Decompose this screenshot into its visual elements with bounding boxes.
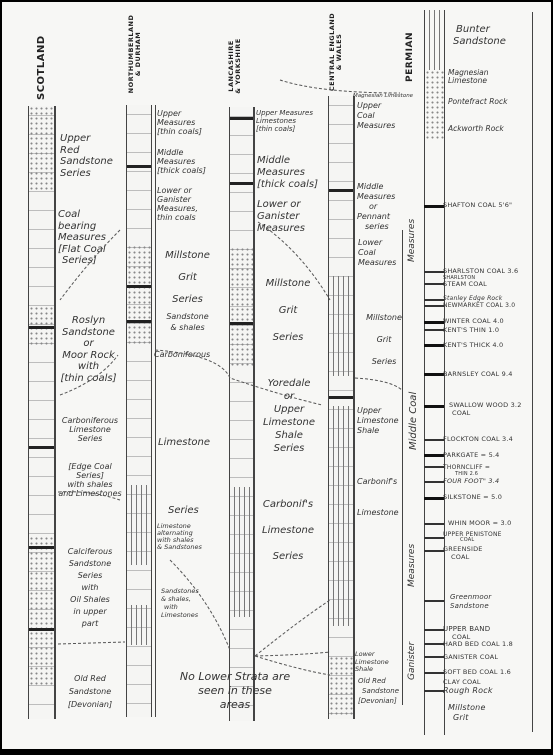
northumberland-unit-label: MiddleMeasures[thick coals] bbox=[157, 148, 206, 175]
central-england-unit-label: Magnesian Limestone bbox=[353, 93, 413, 100]
coal-seam-line bbox=[424, 373, 444, 376]
coal-seam-label: CLAY COAL bbox=[443, 679, 481, 686]
coal-seam-line bbox=[424, 344, 444, 347]
permian-side-label: Middle Coal bbox=[408, 392, 419, 450]
coal-seam-label: Greenmoor bbox=[450, 594, 491, 601]
stratigraphic-diagram: SCOTLAND UpperRedSandstoneSeries Coalbea… bbox=[0, 0, 553, 755]
central-england-unit-label: Carbonif's bbox=[357, 477, 397, 486]
central-england-unit-label: UpperLimestoneShale bbox=[357, 406, 399, 436]
northumberland-unit-label: Limestonealternatingwith shales& Sandsto… bbox=[157, 523, 202, 551]
coal-seam-label: Stanley Edge Rock bbox=[443, 295, 502, 302]
permian-side-label: Measures bbox=[407, 544, 417, 587]
northumberland-unit-label: Sandstone& shales bbox=[155, 311, 220, 333]
central-england-unit-label: Limestone bbox=[357, 508, 399, 517]
coal-seam-line bbox=[424, 550, 444, 552]
coal-seam-label: HARD BED COAL 1.8 bbox=[443, 641, 513, 648]
coal-seam-line bbox=[424, 690, 444, 692]
sandstone-pattern bbox=[127, 245, 151, 345]
coal-band bbox=[230, 322, 254, 325]
sandstone-pattern bbox=[230, 247, 254, 367]
limestone-pattern bbox=[127, 485, 151, 565]
lancashire-strata-column bbox=[229, 107, 255, 721]
coal-seam-line bbox=[424, 405, 444, 408]
scotland-unit-label: CarboniferousLimestoneSeries bbox=[55, 416, 125, 443]
coal-seam-label: SHARLSTON COAL 3.6 bbox=[443, 268, 518, 275]
permian-unit-label: Pontefract Rock bbox=[448, 98, 507, 105]
coal-seam-line bbox=[424, 439, 444, 441]
coal-seam-label: UPPER BAND bbox=[443, 626, 490, 633]
permian-right-border bbox=[532, 12, 533, 732]
central-england-unit-label: LowerLimestoneShale bbox=[355, 651, 389, 674]
coal-band bbox=[29, 446, 54, 449]
sandstone-pattern bbox=[29, 106, 54, 191]
northumberland-unit-label: Sandstones& shales,withLimestones bbox=[161, 587, 199, 619]
central-england-unit-label: MiddleMeasuresorPennantseries bbox=[357, 182, 395, 232]
coal-seam-line bbox=[424, 497, 444, 500]
coal-seam-line bbox=[424, 600, 444, 602]
coal-seam-label: GREENSIDE bbox=[443, 546, 483, 553]
coal-seam-label: Sandstone bbox=[450, 603, 489, 610]
northumberland-unit-label: MillstoneGritSeries bbox=[155, 245, 220, 311]
coal-seam-label: WHIN MOOR = 3.0 bbox=[448, 520, 511, 527]
permian-side-label: Measures bbox=[407, 219, 417, 262]
coal-seam-line bbox=[424, 523, 444, 525]
coal-band bbox=[127, 285, 151, 288]
coal-seam-line bbox=[424, 656, 444, 658]
coal-seam-label: COAL bbox=[451, 554, 469, 561]
lancashire-unit-label: MillstoneGritSeries bbox=[253, 270, 323, 351]
coal-band bbox=[329, 396, 353, 399]
coal-seam-label: BARNSLEY COAL 9.4 bbox=[443, 371, 513, 378]
coal-seam-label: SHAFTON COAL 5'6" bbox=[443, 202, 512, 209]
central-england-heading: CENTRAL ENGLAND& WALES bbox=[329, 12, 343, 92]
bunter-sandstone-pattern bbox=[425, 10, 444, 70]
coal-seam-line bbox=[424, 283, 444, 285]
coal-seam-line bbox=[424, 305, 444, 307]
northumberland-unit-label: Series bbox=[168, 505, 199, 517]
permian-heading: PERMIAN bbox=[405, 32, 415, 82]
permian-unit-label: Ackworth Rock bbox=[448, 125, 504, 132]
scotland-unit-label: [Edge CoalSeries]with shalesand Limeston… bbox=[55, 462, 125, 498]
scotland-unit-label: RoslynSandstoneorMoor Rockwith[thin coal… bbox=[56, 315, 121, 384]
coal-seam-label: KENT'S THICK 4.0 bbox=[443, 342, 503, 349]
coal-band bbox=[230, 117, 254, 120]
lancashire-unit-label: MiddleMeasures[thick coals] bbox=[257, 155, 318, 191]
lancashire-unit-label: Upper MeasuresLimestones[thin coals] bbox=[256, 109, 313, 133]
northumberland-unit-label: Lower orGanisterMeasures,thin coals bbox=[157, 186, 198, 222]
coal-seam-label: STEAM COAL bbox=[443, 281, 487, 288]
lancashire-unit-label: Lower orGanisterMeasures bbox=[257, 199, 305, 235]
coal-band bbox=[127, 165, 151, 168]
coal-band bbox=[29, 628, 54, 631]
scotland-unit-label: CalciferousSandstoneSerieswithOil Shales… bbox=[55, 546, 125, 630]
coal-seam-label: THORNCLIFF = bbox=[443, 464, 490, 471]
coal-band bbox=[127, 320, 151, 323]
central-england-unit-label: UpperCoalMeasures bbox=[357, 101, 395, 131]
coal-seam-label: Grit bbox=[453, 714, 469, 721]
coal-seam-label: FOUR FOOT" 3.4 bbox=[443, 478, 499, 485]
measures-bracket-line bbox=[402, 230, 403, 705]
coal-seam-label: PARKGATE = 5.4 bbox=[443, 452, 500, 459]
lancashire-unit-label: YoredaleorUpperLimestoneShaleSeries bbox=[253, 377, 325, 455]
limestone-pattern bbox=[127, 605, 151, 645]
coal-seam-line bbox=[424, 672, 444, 674]
coal-seam-label: WINTER COAL 4.0 bbox=[443, 318, 504, 325]
coal-seam-label: COAL bbox=[460, 537, 474, 544]
coal-seam-line bbox=[424, 454, 444, 457]
no-lower-strata-note: No Lower Strata areseen in theseareas bbox=[145, 670, 325, 712]
coal-band bbox=[329, 189, 353, 192]
permian-side-label: Ganister bbox=[407, 642, 417, 680]
coal-seam-label: NEWMARKET COAL 3.0 bbox=[443, 302, 515, 309]
coal-seam-label: KENT'S THIN 1.0 bbox=[443, 327, 499, 334]
coal-seam-line bbox=[424, 205, 444, 208]
coal-seam-line bbox=[424, 329, 444, 331]
northumberland-unit-label: UpperMeasures[thin coals] bbox=[157, 109, 202, 136]
central-england-label-border bbox=[354, 96, 355, 719]
central-england-strata-column bbox=[328, 96, 354, 719]
northumberland-label-border bbox=[155, 105, 156, 717]
coal-seam-label: Rough Rock bbox=[443, 687, 493, 694]
limestone-pattern bbox=[230, 487, 254, 617]
lancashire-heading: LANCASHIRE& YORKSHIRE bbox=[228, 31, 242, 101]
coal-band bbox=[29, 546, 54, 549]
central-england-unit-label: Old RedSandstone[Devonian] bbox=[358, 676, 399, 706]
scotland-strata-column bbox=[28, 106, 55, 719]
permian-unit-label: MagnesianLimestone bbox=[448, 69, 489, 85]
scotland-unit-label: Old RedSandstone[Devonian] bbox=[55, 672, 125, 711]
northumberland-heading: NORTHUMBERLAND& DURHAM bbox=[128, 4, 142, 104]
coal-seam-line bbox=[424, 299, 444, 301]
coal-band bbox=[29, 326, 54, 329]
coal-seam-label: COAL bbox=[452, 410, 470, 417]
sandstone-pattern bbox=[329, 656, 353, 716]
sandstone-pattern bbox=[29, 536, 54, 686]
scotland-unit-label: CoalbearingMeasures[Flat CoalSeries] bbox=[58, 209, 106, 267]
lancashire-unit-label: Carbonif'sLimestoneSeries bbox=[253, 492, 323, 570]
coal-seam-label: SOFT BED COAL 1.6 bbox=[443, 669, 511, 676]
coal-seam-label: SWALLOW WOOD 3.2 bbox=[449, 402, 522, 409]
pennant-pattern bbox=[329, 276, 353, 376]
scotland-unit-label: UpperRedSandstoneSeries bbox=[60, 133, 113, 179]
coal-band bbox=[230, 182, 254, 185]
permian-unit-label: BunterSandstone bbox=[453, 24, 506, 48]
magnesian-limestone-pattern bbox=[425, 70, 444, 140]
coal-seam-line bbox=[424, 629, 444, 631]
coal-seam-label: GANISTER COAL bbox=[443, 654, 498, 661]
coal-seam-line bbox=[424, 321, 444, 324]
coal-seam-line bbox=[424, 271, 444, 273]
limestone-pattern bbox=[329, 406, 353, 626]
coal-seam-line bbox=[424, 537, 444, 539]
northumberland-strata-column bbox=[126, 105, 152, 717]
central-england-unit-label: MillstoneGritSeries bbox=[354, 307, 414, 373]
northumberland-unit-label: Carboniferous bbox=[154, 350, 210, 359]
coal-seam-label: FLOCKTON COAL 3.4 bbox=[443, 436, 513, 443]
scotland-heading: SCOTLAND bbox=[36, 35, 47, 100]
coal-seam-line bbox=[424, 643, 444, 645]
coal-seam-line bbox=[424, 466, 444, 468]
northumberland-unit-label: Limestone bbox=[158, 437, 210, 449]
coal-seam-line bbox=[424, 481, 444, 483]
coal-seam-label: SILKSTONE = 5.0 bbox=[443, 494, 502, 501]
central-england-unit-label: LowerCoalMeasures bbox=[358, 238, 396, 268]
coal-seam-label: Millstone bbox=[448, 704, 486, 711]
